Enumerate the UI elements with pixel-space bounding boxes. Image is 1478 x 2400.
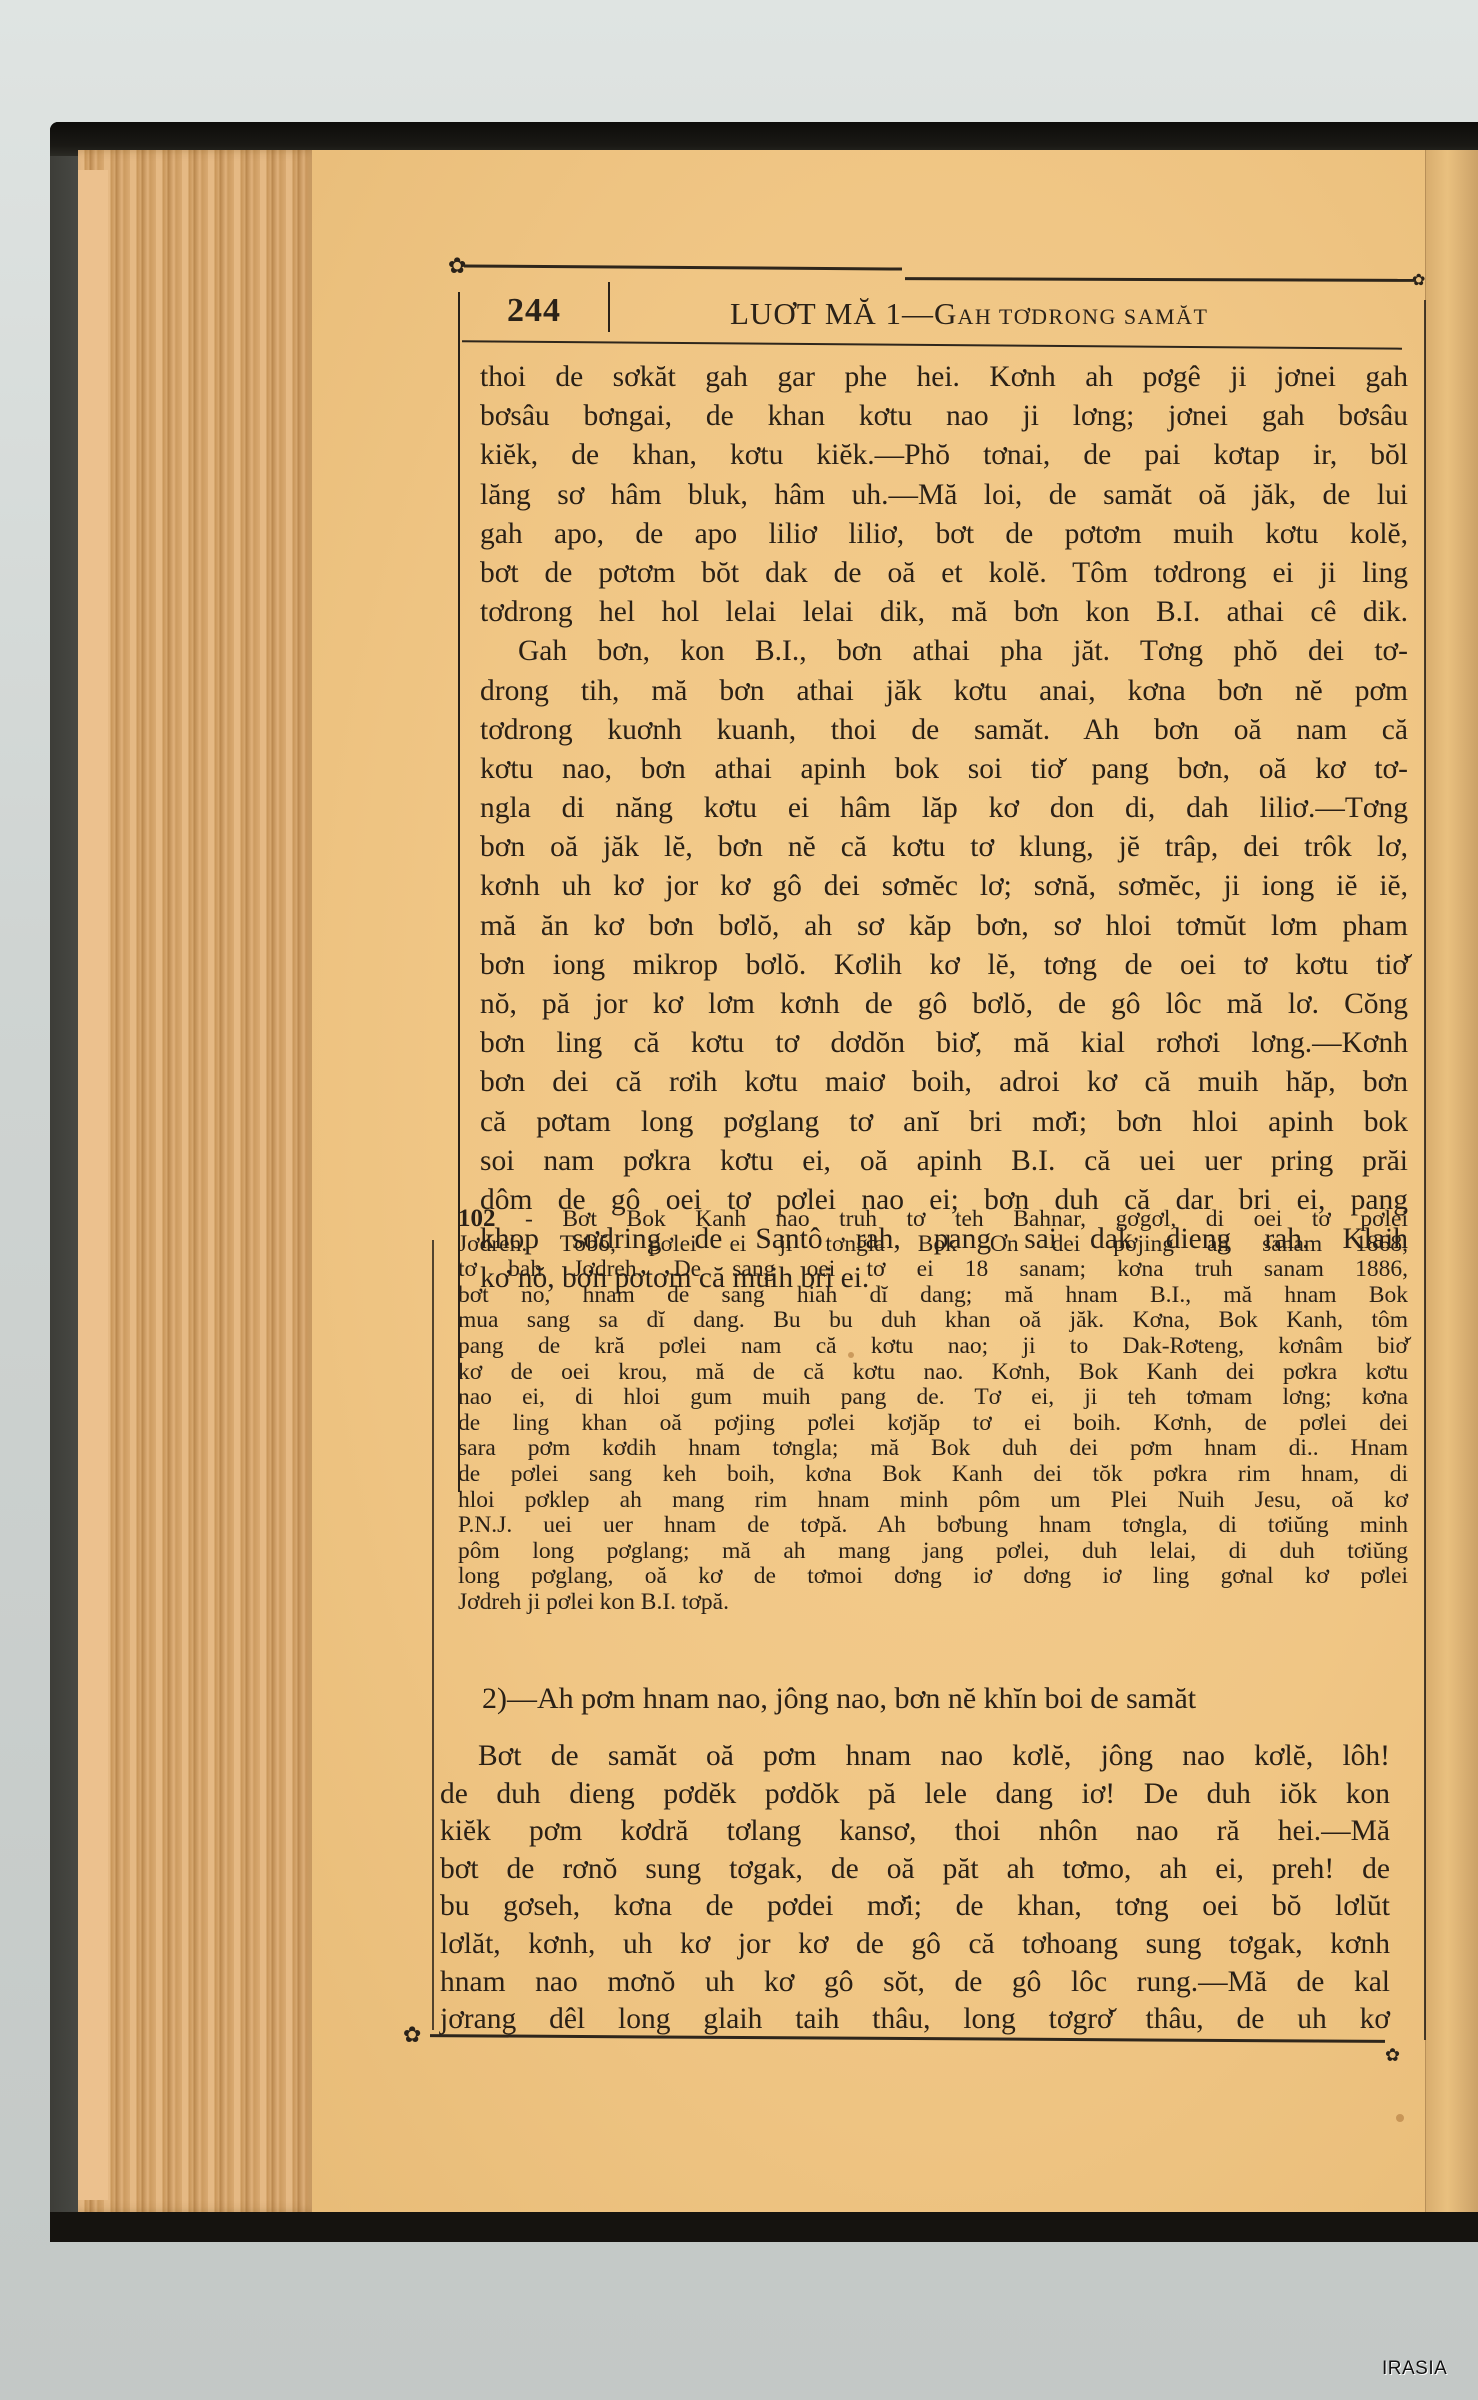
paper-stain: [1396, 2114, 1404, 2122]
footnote-line: P.N.J. uei uer hnam de tơpă. Ah bơbung h…: [458, 1513, 1408, 1539]
text-line: bơt de pơtơm bŏt dak de oă et kolĕ. Tôm …: [480, 554, 1408, 593]
text-line: mă ăn kơ bơn bơlŏ, ah sơ kăp bơn, sơ hlo…: [480, 907, 1408, 946]
footnote-line: de pơlei sang keh boih, kơna Bok Kanh de…: [458, 1462, 1408, 1488]
paragraph-2: Gah bơn, kon B.I., bơn athai pha jăt. Tơ…: [480, 632, 1408, 1298]
frame-left-line-lower: [432, 1240, 434, 2030]
text-line: bơn oă jăk lĕ, bơn nĕ că kơtu tơ klung, …: [480, 828, 1408, 867]
text-line: nŏ, pă jor kơ lơm kơnh de gô bơlŏ, de gô…: [480, 985, 1408, 1024]
page-header: 244 LUƠT MĂ 1—GAH TƠDRONG SAMĂT: [455, 282, 1415, 342]
text-line: de duh dieng pơdĕk pơdŏk pă lele dang iơ…: [440, 1776, 1390, 1814]
footnote-line: mua sang sa dĭ dang. Bu bu duh khan oă j…: [458, 1308, 1408, 1334]
text-line: bơn ling că kơtu tơ dơdŏn biơ̆, mă kial …: [480, 1024, 1408, 1063]
footnote-line: sara pơm kơdih hnam tơngla; mă Bok duh d…: [458, 1436, 1408, 1462]
text-line: kiĕk, de khan, kơtu kiĕk.—Phŏ tơnai, de …: [480, 436, 1408, 475]
footnote-line: pang de kră pơlei nam că kơtu nao; ji to…: [458, 1334, 1408, 1360]
text-line: tơdrong kuơnh kuanh, thoi de samăt. Ah b…: [480, 711, 1408, 750]
text-line: hnam nao mơnŏ uh kơ gô sŏt, de gô lôc ru…: [440, 1964, 1390, 2002]
text-line: soi nam pơkra kơtu ei, oă apinh B.I. că …: [480, 1142, 1408, 1181]
ornament-bottom-left-icon: ✿: [403, 2025, 421, 2047]
footnote-first-line: 102 - Bơt Bok Kanh nao truh tơ teh Bahna…: [458, 1206, 1408, 1232]
text-line: Gah bơn, kon B.I., bơn athai pha jăt. Tơ…: [480, 632, 1408, 671]
text-line: kơnh uh kơ jor kơ gô dei sơmĕc lơ; sơnă,…: [480, 867, 1408, 906]
section-heading: 2)—Ah pơm hnam nao, jông nao, bơn nĕ khĭ…: [482, 1682, 1382, 1716]
text-line: lơlăt, kơnh, uh kơ jor kơ de gô că tơhoa…: [440, 1926, 1390, 1964]
text-line: thoi de sơkăt gah gar phe hei. Kơnh ah p…: [480, 358, 1408, 397]
text-line: kơtu nao, bơn athai apinh bok soi tiơ̆ p…: [480, 750, 1408, 789]
frame-right-line: [1424, 300, 1426, 2040]
text-line: bu gơseh, kơna de pơdei mơ̆i; de khan, t…: [440, 1888, 1390, 1926]
footnote-102: 102 - Bơt Bok Kanh nao truh tơ teh Bahna…: [458, 1206, 1408, 1616]
footnote-line: tơ bah Jơdreh. De sang oei tơ ei 18 sana…: [458, 1257, 1408, 1283]
page-stack-flyleaf: [78, 170, 108, 2200]
text-line: ngla di năng kơtu ei hâm lăp kơ don di, …: [480, 789, 1408, 828]
text-line: bơsâu bơngai, de khan kơtu nao ji lơng; …: [480, 397, 1408, 436]
section-body: Bơt de samăt oă pơm hnam nao kơlĕ, jông …: [440, 1738, 1390, 2039]
footnote-line: kơ de oei krou, mă de că kơtu nao. Kơnh,…: [458, 1360, 1408, 1386]
text-line: drong tih, mă bơn athai jăk kơtu anai, k…: [480, 672, 1408, 711]
watermark: IRASIA: [1382, 2358, 1447, 2380]
footnote-line: Jơdreh. Tơbŏ, pơlei ei ji tơngla Bok Ơn …: [458, 1232, 1408, 1258]
text-line: Bơt de samăt oă pơm hnam nao kơlĕ, jông …: [440, 1738, 1390, 1776]
running-title: LUƠT MĂ 1—GAH TƠDRONG SAMĂT: [730, 296, 1208, 332]
text-line: kiĕk pơm kơdră tơlang kansơ, thoi nhôn n…: [440, 1813, 1390, 1851]
text-line: că pơtam long pơglang tơ anĭ bri mơ̆i; b…: [480, 1103, 1408, 1142]
footnote-line: hloi pơklep ah mang rim hnam minh pôm um…: [458, 1488, 1408, 1514]
running-title-small-caps: AH TƠDRONG SAMĂT: [957, 304, 1208, 329]
body-text: thoi de sơkăt gah gar phe hei. Kơnh ah p…: [480, 358, 1408, 1299]
page-number: 244: [507, 292, 561, 330]
footnote-line: bơt no, hnam de sang hiah dĭ dang; mă hn…: [458, 1283, 1408, 1309]
footnote-line: nao ei, di hloi gum muih pang de. Tơ ei,…: [458, 1385, 1408, 1411]
text-line: bơn iong mikrop bơlŏ. Kơlih kơ lĕ, tơng …: [480, 946, 1408, 985]
text-line: gah apo, de apo liliơ liliơ, bơt de pơtơ…: [480, 515, 1408, 554]
footnote-separator: -: [496, 1206, 563, 1232]
footnote-line: pôm long pơglang; mă ah mang jang pơlei,…: [458, 1539, 1408, 1565]
footnote-line: long pơglang, oă kơ de tơmoi dơng iơ dơn…: [458, 1564, 1408, 1590]
text-line: bơt de rơnŏ sung tơgak, de oă păt ah tơm…: [440, 1851, 1390, 1889]
header-separator: [608, 282, 610, 332]
paragraph-1: thoi de sơkăt gah gar phe hei. Kơnh ah p…: [480, 358, 1408, 632]
book-cover-bottom-edge: [50, 2212, 1478, 2242]
page-stack-edges: [78, 150, 318, 2212]
running-title-main: LUƠT MĂ 1—G: [730, 296, 957, 331]
text-line: bơn dei că rơih kơtu maiơ boih, adroi kơ…: [480, 1063, 1408, 1102]
paper-stain: [848, 1352, 854, 1358]
footnote-line: Jơdreh ji pơlei kon B.I. tơpă.: [458, 1590, 1408, 1616]
page-gutter: [1425, 150, 1478, 2212]
text-line: jơrang dêl long glaih taih thâu, long tơ…: [440, 2001, 1390, 2039]
ornament-bottom-right-icon: ✿: [1385, 2047, 1400, 2065]
text-line: lăng sơ hâm bluk, hâm uh.—Mă loi, de sam…: [480, 476, 1408, 515]
text-line: tơdrong hel hol lelai lelai dik, mă bơn …: [480, 593, 1408, 632]
footnote-number: 102: [458, 1205, 496, 1232]
footnote-text: Bơt Bok Kanh nao truh tơ teh Bahnar, gơg…: [562, 1206, 1408, 1232]
footnote-line: de ling khan oă pơjing pơlei kơjăp tơ ei…: [458, 1411, 1408, 1437]
